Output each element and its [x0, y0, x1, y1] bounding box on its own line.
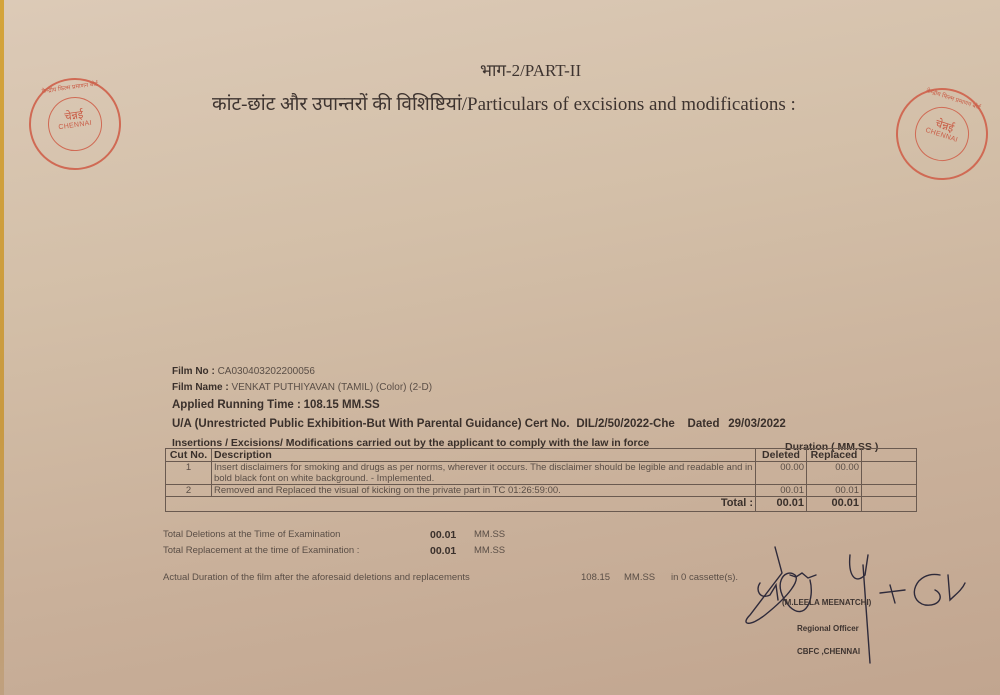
film-name-row: Film Name : VENKAT PUTHIYAVAN (TAMIL) (C…	[172, 382, 432, 393]
actual-duration-row: Actual Duration of the film after the af…	[163, 572, 470, 583]
total-deleted: 00.01	[756, 497, 807, 512]
total-replacement-label: Total Replacement at the time of Examina…	[163, 545, 359, 556]
table-row: 1 Insert disclaimers for smoking and dru…	[166, 462, 917, 485]
cbfc-seal-left: केन्द्रीय फिल्म प्रमाणन बोर्ड चेन्नई CHE…	[23, 72, 127, 176]
table-header-row: Cut No. Description Deleted Replaced	[166, 449, 917, 462]
part-label: भाग-2/PART-II	[480, 58, 581, 81]
table-row: 2 Removed and Replaced the visual of kic…	[166, 485, 917, 497]
cut-no-cell: 1	[166, 462, 212, 485]
film-no-row: Film No : CA030403202200056	[172, 366, 315, 377]
total-deletions-value: 00.01	[430, 529, 456, 541]
certificate-category: U/A (Unrestricted Public Exhibition-But …	[172, 418, 570, 430]
page-title: कांट-छांट और उपान्तरों की विशिष्टियां/Pa…	[212, 90, 796, 116]
blank-cell	[862, 497, 917, 512]
description-cell: Removed and Replaced the visual of kicki…	[212, 485, 756, 497]
signatory-office: CBFC ,CHENNAI	[797, 647, 860, 656]
actual-duration-unit: MM.SS	[624, 572, 655, 583]
total-replacement-unit: MM.SS	[474, 545, 505, 556]
total-replacement-row: Total Replacement at the time of Examina…	[163, 545, 359, 556]
total-deletions-row: Total Deletions at the Time of Examinati…	[163, 529, 340, 540]
actual-duration-value: 108.15	[581, 572, 610, 583]
total-deletions-label: Total Deletions at the Time of Examinati…	[163, 529, 340, 540]
col-cut-no: Cut No.	[166, 449, 212, 462]
running-time-value: 108.15 MM.SS	[304, 399, 380, 411]
col-replaced: Replaced	[807, 449, 862, 462]
cert-no-value: DIL/2/50/2022-Che	[576, 418, 674, 430]
modifications-table: Cut No. Description Deleted Replaced 1 I…	[165, 448, 917, 512]
deleted-cell: 00.00	[756, 462, 807, 485]
col-description: Description	[212, 449, 756, 462]
cbfc-seal-right: केन्द्रीय फिल्म प्रमाणन बोर्ड चेन्नई CHE…	[884, 76, 1000, 192]
description-cell: Insert disclaimers for smoking and drugs…	[212, 462, 756, 485]
blank-cell	[862, 462, 917, 485]
film-name-value: VENKAT PUTHIYAVAN (TAMIL) (Color) (2-D)	[231, 382, 432, 393]
replaced-cell: 00.01	[807, 485, 862, 497]
certificate-row: U/A (Unrestricted Public Exhibition-But …	[172, 418, 786, 430]
total-replacement-value: 00.01	[430, 545, 456, 557]
total-deletions-unit: MM.SS	[474, 529, 505, 540]
seal-inner-ring: चेन्नई CHENNAI	[45, 94, 106, 155]
film-name-label: Film Name :	[172, 382, 229, 393]
cassette-count: in 0 cassette(s).	[671, 572, 738, 583]
signatory-name: (M.LEELA MEENATCHI)	[782, 598, 871, 607]
col-blank	[862, 449, 917, 462]
film-no-label: Film No :	[172, 366, 215, 377]
seal-ring-text: केन्द्रीय फिल्म प्रमाणन बोर्ड	[26, 77, 114, 97]
cut-no-cell: 2	[166, 485, 212, 497]
film-no-value: CA030403202200056	[218, 366, 315, 377]
running-time-label: Applied Running Time :	[172, 399, 301, 411]
paper-edge	[0, 0, 4, 695]
actual-duration-label: Actual Duration of the film after the af…	[163, 572, 470, 583]
total-replaced: 00.01	[807, 497, 862, 512]
dated-label: Dated	[688, 418, 720, 430]
seal-inner-ring: चेन्नई CHENNAI	[908, 100, 976, 168]
blank-cell	[862, 485, 917, 497]
replaced-cell: 00.00	[807, 462, 862, 485]
table-total-row: Total : 00.01 00.01	[166, 497, 917, 512]
col-deleted: Deleted	[756, 449, 807, 462]
deleted-cell: 00.01	[756, 485, 807, 497]
signatory-designation: Regional Officer	[797, 624, 859, 633]
dated-value: 29/03/2022	[728, 418, 786, 430]
running-time-row: Applied Running Time : 108.15 MM.SS	[172, 399, 380, 411]
total-label: Total :	[166, 497, 756, 512]
